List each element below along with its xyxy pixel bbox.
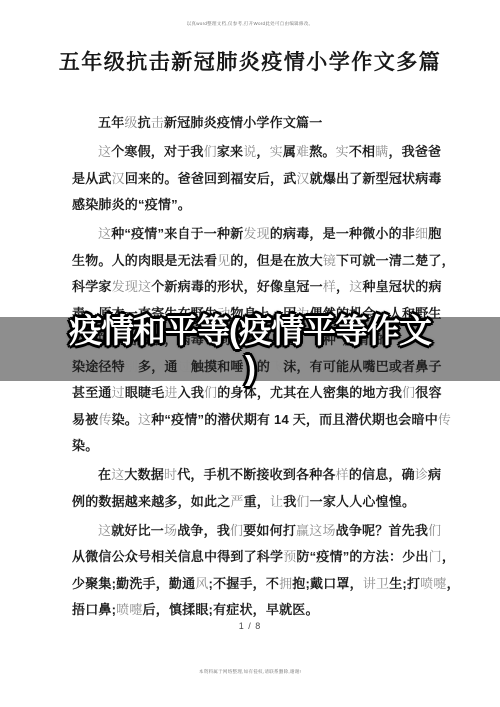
overlay-title-line1: 疫情和平等(疫情平等作文: [0, 312, 500, 349]
text-line: 这种“疫情”来自于一种新发现的病毒，是一种微小的非细胞: [72, 221, 430, 248]
overlay-title: 疫情和平等(疫情平等作文 ): [0, 312, 500, 386]
text-line: 例的数据越来越多，如此之严重，让我们一家人人心惶惶。: [72, 489, 430, 516]
document-title: 五年级抗击新冠肺炎疫情小学作文多篇: [0, 46, 500, 76]
overlay-title-line2: ): [0, 349, 500, 386]
text-line: 捂口鼻;喷嚏后，慎揉眼;有症状，早就医。: [72, 597, 430, 624]
text-line: 这个寒假，对于我们家来说，实属难熬。实不相瞒，我爸爸: [72, 139, 430, 166]
document-page: 以真word整理文档,仅参考,打开Word此处可自由编辑修改。 五年级抗击新冠肺…: [0, 0, 500, 707]
text-line: 从微信公众号相关信息中得到了科学预防“疫情”的方法：少出门，: [72, 544, 430, 571]
header-watermark-note: 以真word整理文档,仅参考,打开Word此处可自由编辑修改。: [0, 21, 500, 27]
text-line: 易被传染。这种“疫情”的潜伏期有 14 天，而且潜伏期也会暗中传: [72, 407, 430, 434]
text-line: 少聚集;勤洗手，勤通风;不握手，不拥抱;戴口罩，讲卫生;打喷嚏，: [72, 571, 430, 598]
text-line: 在这大数据时代，手机不断接收到各种各样的信息，确诊病: [72, 462, 430, 489]
text-line: 生物。人的肉眼是无法看见的，但是在放大镜下可就一清二楚了，: [72, 248, 430, 275]
text-line: 这就好比一场战争，我们要如何打赢这场战争呢？首先我们: [72, 518, 430, 545]
page-number: 1 / 8: [0, 621, 500, 631]
text-line: 科学家发现这个新病毒的形状，好像皇冠一样，这种皇冠状的病: [72, 274, 430, 301]
footer-disclaimer-note: 本资料属于网络整理,如有侵权,请联系删除,谢谢!: [0, 669, 500, 675]
text-line: 五年级抗击新冠肺炎疫情小学作文篇一: [72, 110, 430, 137]
text-line: 感染肺炎的“疫情”。: [72, 192, 430, 219]
text-line: 是从武汉回来的。爸爸回到福安后，武汉就爆出了新型冠状病毒: [72, 166, 430, 193]
text-line: 染。: [72, 433, 430, 460]
